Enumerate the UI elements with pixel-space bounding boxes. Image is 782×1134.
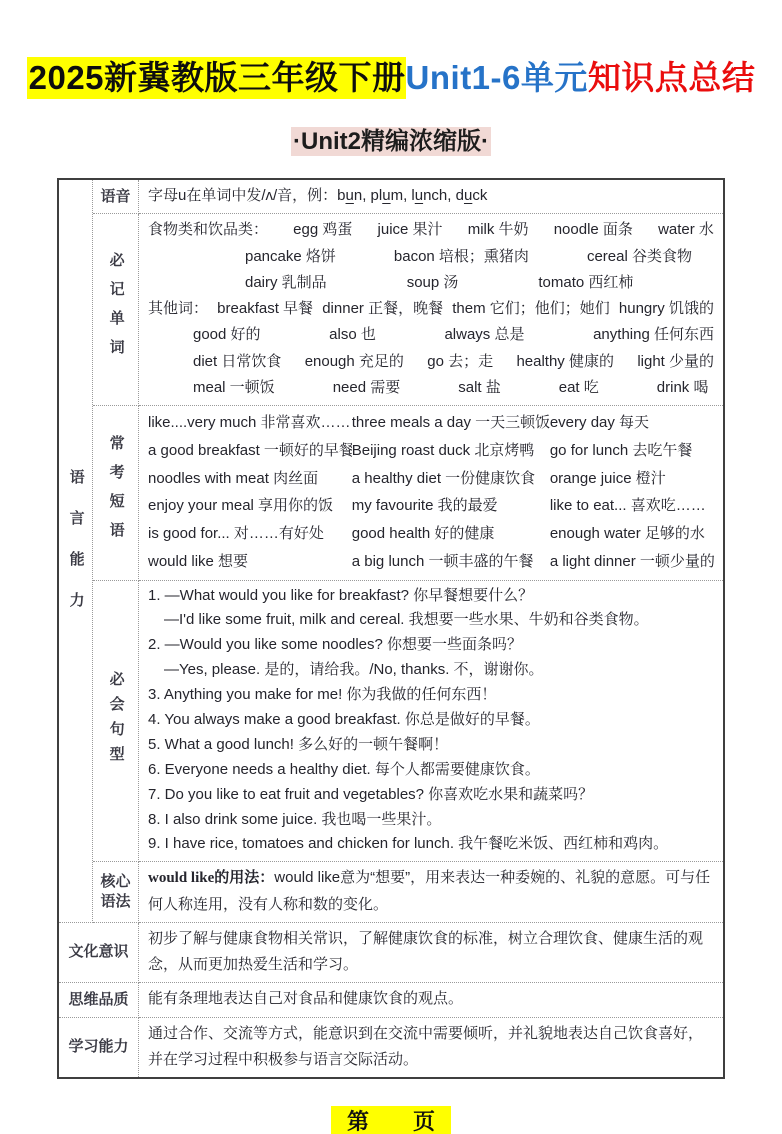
title-highlighted-part: 2025新冀教版三年级下册 xyxy=(27,57,406,99)
row-label-phrases: 常考短语 xyxy=(93,406,139,581)
phrase-item: Beijing roast duck 北京烤鸭 xyxy=(352,437,550,465)
word-line: dairy 乳制品soup 汤tomato 西红柿 xyxy=(148,270,714,296)
word-item: juice 果汁 xyxy=(378,217,443,243)
word-item: salt 盐 xyxy=(458,375,501,401)
title-summary-part: 知识点总结 xyxy=(588,59,756,96)
word-item: dairy 乳制品 xyxy=(245,270,327,296)
word-item: dinner 正餐，晚餐 xyxy=(322,296,443,322)
phrases-content: like....very much 非常喜欢……three meals a da… xyxy=(139,406,723,581)
phrase-item: enough water 足够的水 xyxy=(550,520,714,548)
sentence-line: 3. Anything you make for me! 你为我做的任何东西！ xyxy=(148,683,714,708)
word-item: need 需要 xyxy=(333,375,401,401)
phrase-grid: like....very much 非常喜欢……three meals a da… xyxy=(148,409,714,576)
sentence-line: —I'd like some fruit, milk and cereal. 我… xyxy=(148,608,714,633)
words-content: 食物类和饮品类：egg 鸡蛋juice 果汁milk 牛奶noodle 面条wa… xyxy=(139,214,723,406)
word-line: 食物类和饮品类：egg 鸡蛋juice 果汁milk 牛奶noodle 面条wa… xyxy=(148,217,714,243)
word-item: go 去；走 xyxy=(427,349,493,375)
phrase-item: every day 每天 xyxy=(550,409,714,437)
word-item: eat 吃 xyxy=(559,375,599,401)
sentence-line: 5. What a good lunch! 多么好的一顿午餐啊！ xyxy=(148,733,714,758)
phrase-item: enjoy your meal 享用你的饭 xyxy=(148,492,352,520)
phrase-item: my favourite 我的最爱 xyxy=(352,492,550,520)
phonics-content: 字母u在单词中发/ʌ/音，例：bun, plum, lunch, duck xyxy=(139,180,723,214)
row-label-culture: 文化意识 xyxy=(59,923,139,984)
phrase-item: a light dinner 一顿少量的晚餐 xyxy=(550,548,714,576)
phrase-item: good health 好的健康 xyxy=(352,520,550,548)
word-item: milk 牛奶 xyxy=(468,217,529,243)
word-item: tomato 西红柿 xyxy=(538,270,633,296)
row-label-language-ability: 语言能力 xyxy=(59,180,93,923)
phonics-text: 字母u在单词中发/ʌ/音，例：b xyxy=(148,187,346,204)
grammar-content: would like的用法：would like意为“想要”，用来表达一种委婉的… xyxy=(139,862,723,923)
word-item: light 少量的 xyxy=(637,349,714,375)
row-label-learning: 学习能力 xyxy=(59,1018,139,1078)
page-title: 2025新冀教版三年级下册Unit1-6单元知识点总结 xyxy=(0,52,782,99)
row-label-grammar: 核心语法 xyxy=(93,862,139,923)
word-item: bacon 培根；熏猪肉 xyxy=(394,244,529,270)
subtitle-text: ·Unit2精编浓缩版· xyxy=(291,127,491,156)
word-item: hungry 饥饿的 xyxy=(619,296,714,322)
sentence-line: 7. Do you like to eat fruit and vegetabl… xyxy=(148,783,714,808)
word-item: good 好的 xyxy=(193,322,261,348)
sentence-line: —Yes, please. 是的，请给我。/No, thanks. 不，谢谢你。 xyxy=(148,658,714,683)
word-item: soup 汤 xyxy=(407,270,459,296)
word-item: enough 充足的 xyxy=(305,349,404,375)
word-item: meal 一顿饭 xyxy=(193,375,275,401)
phrase-item: like....very much 非常喜欢…… xyxy=(148,409,352,437)
word-line: 其他词：breakfast 早餐dinner 正餐，晚餐them 它们；他们；她… xyxy=(148,296,714,322)
phrase-item: three meals a day 一天三顿饭 xyxy=(352,409,550,437)
phrase-item: a good breakfast 一顿好的早餐 xyxy=(148,437,352,465)
phrase-item: a healthy diet 一份健康饮食 xyxy=(352,465,550,493)
learning-content: 通过合作、交流等方式，能意识到在交流中需要倾听，并礼貌地表达自己饮食喜好，并在学… xyxy=(139,1018,723,1078)
word-item: cereal 谷类食物 xyxy=(587,244,692,270)
page-footer: 第 页 xyxy=(0,1105,782,1134)
word-item: always 总是 xyxy=(444,322,524,348)
word-category-label: 其他词： xyxy=(148,296,208,322)
sentence-line: 9. I have rice, tomatoes and chicken for… xyxy=(148,832,714,857)
sentences-content: 1. —What would you like for breakfast? 你… xyxy=(139,581,723,863)
word-item: egg 鸡蛋 xyxy=(293,217,352,243)
sentence-line: 8. I also drink some juice. 我也喝一些果汁。 xyxy=(148,808,714,833)
sentence-line: 1. —What would you like for breakfast? 你… xyxy=(148,584,714,609)
row-label-sentences: 必会句型 xyxy=(93,581,139,863)
knowledge-table: 语言能力 语音 字母u在单词中发/ʌ/音，例：bun, plum, lunch,… xyxy=(57,178,725,1079)
word-item: also 也 xyxy=(329,322,376,348)
word-item: noodle 面条 xyxy=(554,217,633,243)
word-item: water 水 xyxy=(658,217,714,243)
word-item: healthy 健康的 xyxy=(516,349,614,375)
phrase-item: would like 想要 xyxy=(148,548,352,576)
phrase-item: go for lunch 去吃午餐 xyxy=(550,437,714,465)
phrase-item: a big lunch 一顿丰盛的午餐 xyxy=(352,548,550,576)
sentence-line: 6. Everyone needs a healthy diet. 每个人都需要… xyxy=(148,758,714,783)
row-label-words: 必记单词 xyxy=(93,214,139,406)
culture-content: 初步了解与健康食物相关常识，了解健康饮食的标准，树立合理饮食、健康生活的观念，从… xyxy=(139,923,723,984)
sentence-line: 4. You always make a good breakfast. 你总是… xyxy=(148,708,714,733)
word-line: meal 一顿饭need 需要salt 盐eat 吃drink 喝 xyxy=(148,375,714,401)
word-item: them 它们；他们；她们 xyxy=(452,296,610,322)
word-item: breakfast 早餐 xyxy=(217,296,313,322)
word-item: drink 喝 xyxy=(657,375,709,401)
phrase-item: orange juice 橙汁 xyxy=(550,465,714,493)
row-label-thinking: 思维品质 xyxy=(59,983,139,1017)
worksheet-page: 2025新冀教版三年级下册Unit1-6单元知识点总结 ·Unit2精编浓缩版·… xyxy=(0,0,782,1134)
row-label-phonics: 语音 xyxy=(93,180,139,214)
thinking-content: 能有条理地表达自己对食品和健康饮食的观点。 xyxy=(139,983,723,1017)
page-subtitle: ·Unit2精编浓缩版· xyxy=(0,121,782,156)
page-number: 第 页 xyxy=(331,1106,451,1134)
title-unit-range: Unit1-6单元 xyxy=(406,59,588,96)
phrase-item: noodles with meat 肉丝面 xyxy=(148,465,352,493)
phrase-item: is good for... 对……有好处 xyxy=(148,520,352,548)
word-item: diet 日常饮食 xyxy=(193,349,281,375)
word-item: anything 任何东西 xyxy=(593,322,714,348)
word-line: good 好的also 也always 总是anything 任何东西 xyxy=(148,322,714,348)
word-line: pancake 烙饼bacon 培根；熏猪肉cereal 谷类食物 xyxy=(148,244,714,270)
word-line: diet 日常饮食enough 充足的go 去；走healthy 健康的ligh… xyxy=(148,349,714,375)
phrase-item: like to eat... 喜欢吃…… xyxy=(550,492,714,520)
sentence-line: 2. —Would you like some noodles? 你想要一些面条… xyxy=(148,633,714,658)
word-category-label: 食物类和饮品类： xyxy=(148,217,268,243)
word-item: pancake 烙饼 xyxy=(245,244,336,270)
grammar-lead: would like的用法： xyxy=(148,870,274,886)
